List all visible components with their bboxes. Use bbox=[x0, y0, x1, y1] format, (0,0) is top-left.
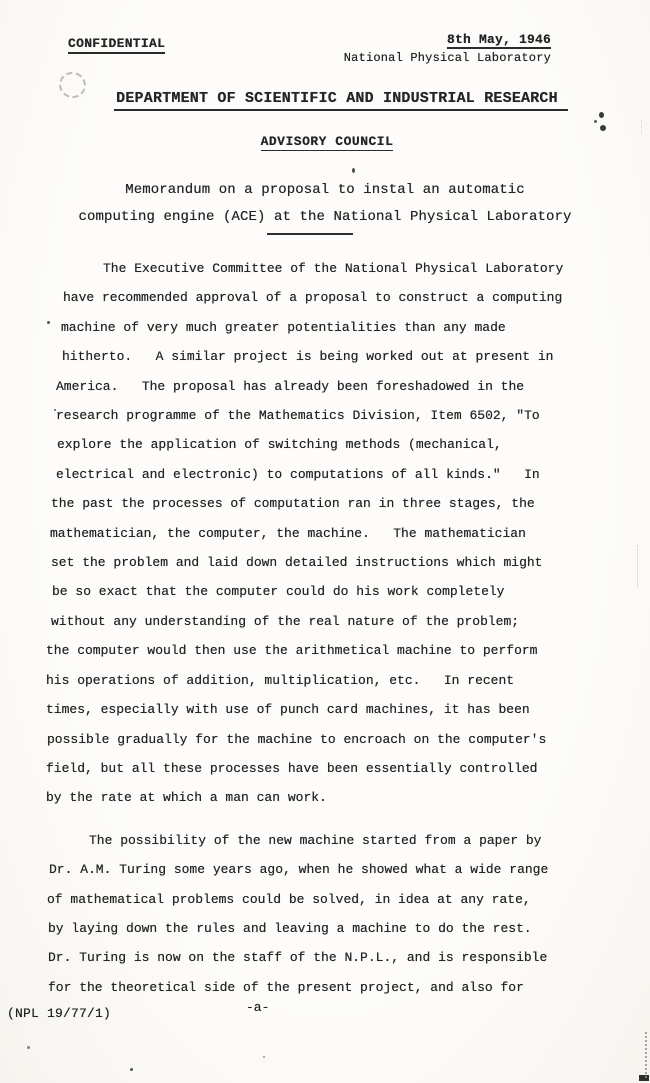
memo-title-line1: Memorandum on a proposal to instal an au… bbox=[0, 177, 650, 204]
body-line: have recommended approval of a proposal … bbox=[63, 283, 650, 312]
paragraph-1: The Executive Committee of the National … bbox=[0, 254, 650, 813]
body-line: his operations of addition, multiplicati… bbox=[46, 666, 650, 695]
ink-blot bbox=[599, 112, 604, 118]
scan-edge-artifact bbox=[641, 120, 642, 134]
ink-speck bbox=[54, 409, 56, 411]
body-line: possible gradually for the machine to en… bbox=[47, 725, 650, 754]
scan-edge-mark bbox=[639, 1075, 649, 1081]
organization-label: National Physical Laboratory bbox=[344, 51, 551, 65]
body-line: The possibility of the new machine start… bbox=[48, 826, 650, 855]
body-line: of mathematical problems could be solved… bbox=[47, 885, 649, 914]
ink-speck bbox=[263, 1056, 265, 1058]
memo-title: Memorandum on a proposal to instal an au… bbox=[0, 177, 650, 231]
body-line: without any understanding of the real na… bbox=[51, 607, 650, 636]
document-page: CONFIDENTIAL 8th May, 1946 National Phys… bbox=[0, 0, 650, 1083]
scan-edge-artifact bbox=[637, 545, 638, 587]
body-line: Dr. Turing is now on the staff of the N.… bbox=[48, 943, 650, 972]
title-divider bbox=[267, 233, 353, 235]
memo-body: The Executive Committee of the National … bbox=[0, 254, 650, 1002]
header-right-block: 8th May, 1946 National Physical Laborato… bbox=[344, 32, 551, 65]
body-line: machine of very much greater potentialit… bbox=[61, 313, 649, 342]
department-heading: DEPARTMENT OF SCIENTIFIC AND INDUSTRIAL … bbox=[0, 90, 650, 111]
ink-speck bbox=[27, 1046, 30, 1049]
body-line: explore the application of switching met… bbox=[57, 430, 650, 459]
body-line: times, especially with use of punch card… bbox=[46, 695, 650, 724]
council-heading: ADVISORY COUNCIL bbox=[0, 134, 650, 151]
ink-blot bbox=[600, 125, 606, 131]
body-line: for the theoretical side of the present … bbox=[48, 973, 650, 1002]
classification-label: CONFIDENTIAL bbox=[68, 36, 165, 54]
ink-speck bbox=[130, 1068, 133, 1071]
body-line: The Executive Committee of the National … bbox=[62, 254, 650, 283]
footer-reference: (NPL 19/77/1) bbox=[7, 1006, 111, 1021]
body-line: America. The proposal has already been f… bbox=[56, 372, 650, 401]
scan-edge-artifact bbox=[645, 1032, 647, 1078]
body-line: hitherto. A similar project is being wor… bbox=[62, 342, 650, 371]
page-number: -a- bbox=[246, 1000, 269, 1015]
body-line: by laying down the rules and leaving a m… bbox=[48, 914, 650, 943]
paragraph-2: The possibility of the new machine start… bbox=[0, 826, 650, 1002]
body-line: set the problem and laid down detailed i… bbox=[51, 548, 650, 577]
body-line: electrical and electronic) to computatio… bbox=[56, 460, 650, 489]
body-line: mathematician, the computer, the machine… bbox=[50, 519, 649, 548]
body-line: the past the processes of computation ra… bbox=[51, 489, 650, 518]
body-line: field, but all these processes have been… bbox=[46, 754, 650, 783]
ink-blot bbox=[594, 120, 597, 123]
body-line: the computer would then use the arithmet… bbox=[46, 636, 650, 665]
body-line: be so exact that the computer could do h… bbox=[52, 577, 650, 606]
ink-speck bbox=[47, 321, 50, 324]
body-line: Dr. A.M. Turing some years ago, when he … bbox=[49, 855, 650, 884]
body-line: by the rate at which a man can work. bbox=[46, 783, 650, 812]
memo-title-line2: computing engine (ACE) at the National P… bbox=[0, 204, 650, 231]
date-label: 8th May, 1946 bbox=[447, 32, 551, 49]
body-line: research programme of the Mathematics Di… bbox=[56, 401, 650, 430]
ink-speck bbox=[352, 168, 355, 173]
